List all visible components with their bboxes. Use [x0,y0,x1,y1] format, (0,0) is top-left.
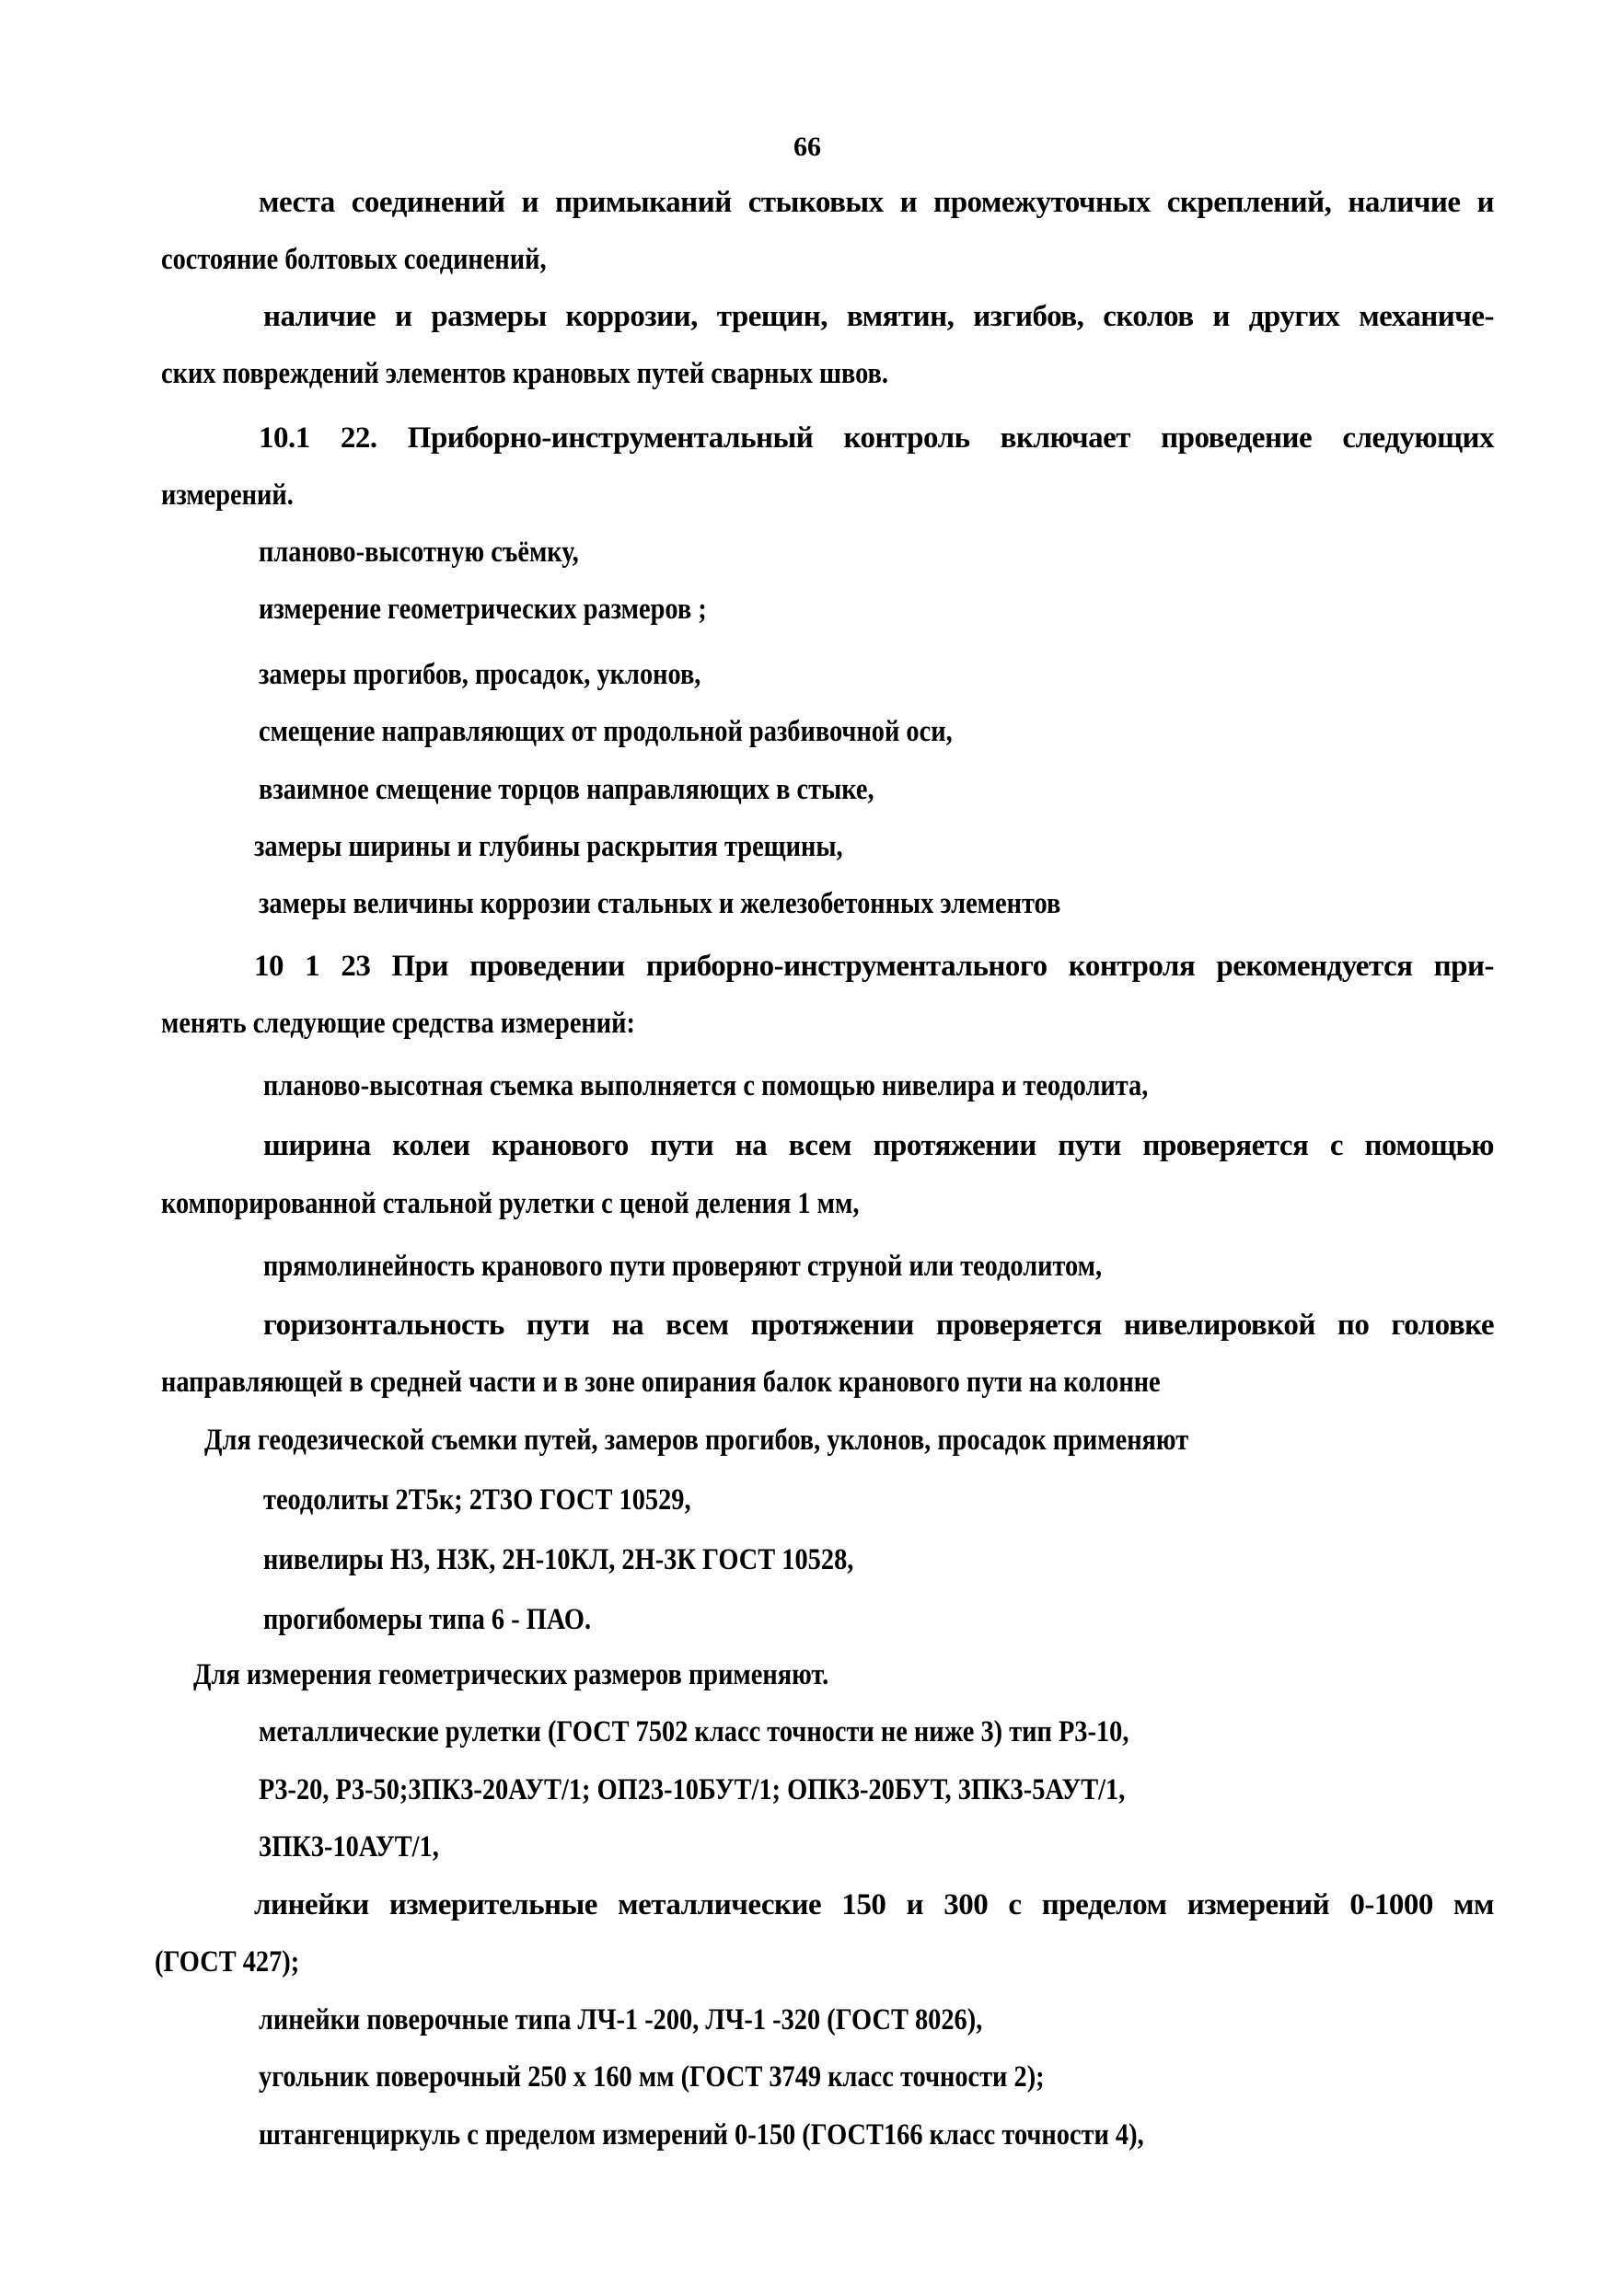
list-item: горизонтальность пути на всем протяжении… [263,1307,1494,1344]
list-item: планово-высотную съёмку, [259,534,579,571]
paragraph-heading: Для геодезической съемки путей, замеров … [204,1422,1188,1459]
list-item: линейки поверочные типа ЛЧ-1 -200, ЛЧ-1 … [259,2002,982,2038]
list-item: измерение геометрических размеров ; [259,591,707,628]
text-line: менять следующие средства измерений: [161,1005,635,1042]
list-item: нивелиры Н3, Н3К, 2Н-10КЛ, 2Н-3К ГОСТ 10… [263,1541,853,1578]
list-item: прогибомеры типа 6 - ПАО. [263,1601,591,1638]
list-item: замеры величины коррозии стальных и желе… [259,885,1060,922]
list-item: теодолиты 2Т5к; 2Т3О ГОСТ 10529, [263,1482,691,1518]
text-line: ских повреждений элементов крановых путе… [161,355,888,392]
list-item: взаимное смещение торцов направляющих в … [259,771,874,808]
document-page: 66 места соединений и примыканий стыковы… [0,0,1609,2296]
section-10-1-23: 10 1 23 При проведении приборно-инструме… [254,948,1494,985]
list-item: прямолинейность кранового пути проверяют… [263,1248,1102,1285]
text-line: компорированной стальной рулетки с ценой… [161,1185,859,1222]
list-item: металлические рулетки (ГОСТ 7502 класс т… [259,1713,1129,1750]
text-line: измерений. [161,477,294,513]
text-line: состояние болтовых соединений, [161,241,547,278]
list-item: замеры ширины и глубины раскрытия трещин… [254,828,843,865]
page-number: 66 [793,129,821,166]
list-item: Р3-20, Р3-50;3ПК3-20АУТ/1; ОП23-10БУТ/1;… [259,1771,1125,1808]
paragraph-heading: Для измерения геометрических размеров пр… [193,1656,828,1693]
list-item: планово-высотная съемка выполняется с по… [263,1067,1148,1104]
list-item: угольник поверочный 250 х 160 мм (ГОСТ 3… [259,2059,1045,2095]
list-item: штангенциркуль с пределом измерений 0-15… [259,2117,1144,2153]
list-item: смещение направляющих от продольной разб… [259,713,953,750]
text-line: места соединений и примыканий стыковых и… [259,184,1494,221]
text-line: направляющей в средней части и в зоне оп… [161,1364,1161,1401]
text-line: наличие и размеры коррозии, трещин, вмят… [263,298,1494,335]
list-item: линейки измерительные металлические 150 … [254,1886,1494,1923]
text-line: (ГОСТ 427); [155,1944,299,1980]
list-item: замеры прогибов, просадок, уклонов, [259,656,700,693]
list-item: 3ПК3-10АУТ/1, [259,1829,439,1865]
list-item: ширина колеи кранового пути на всем прот… [263,1127,1494,1164]
section-10-1-22: 10.1 22. Приборно-инструментальный контр… [259,420,1494,456]
